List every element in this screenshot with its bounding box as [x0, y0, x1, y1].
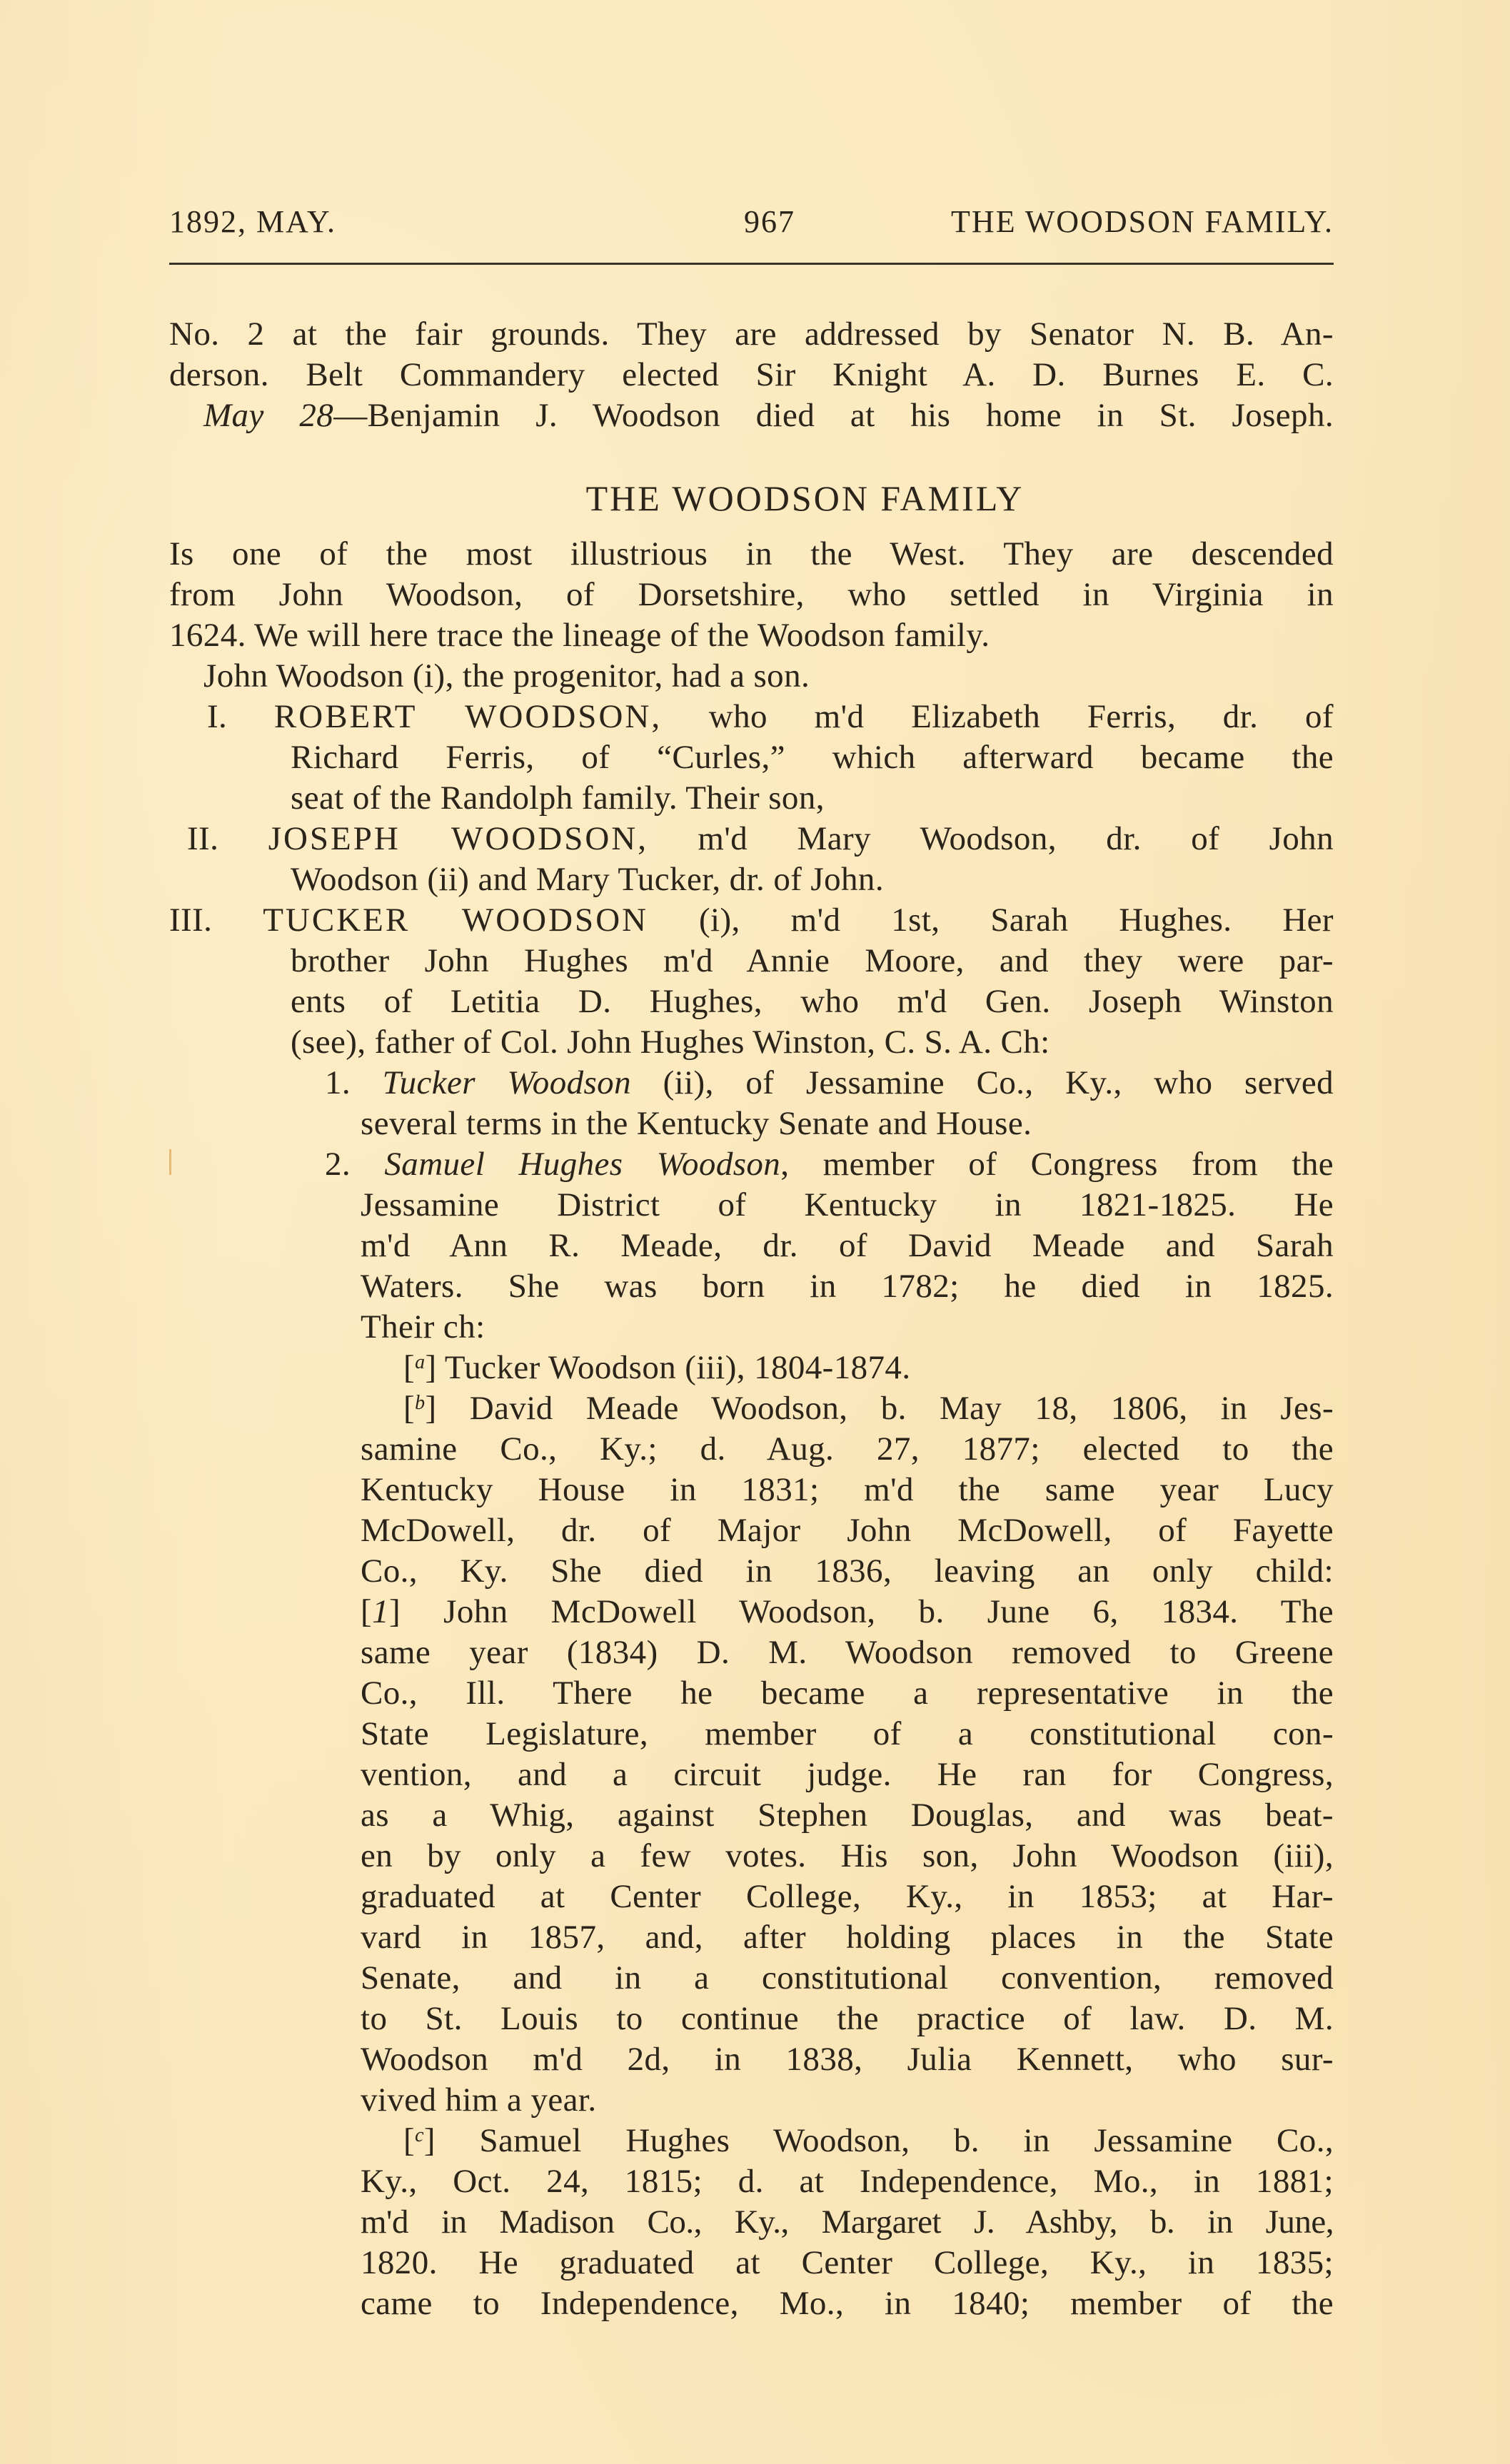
body-line: Kentucky House in 1831; m'd the same yea…	[361, 1470, 1334, 1510]
body-line: State Legislature, member of a constitut…	[361, 1714, 1334, 1754]
body-line: samine Co., Ky.; d. Aug. 27, 1877; elect…	[361, 1429, 1334, 1469]
child-entry-2: 2. Samuel Hughes Woodson, member of Cong…	[325, 1144, 1334, 1184]
generation-entry-3: III. TUCKER WOODSON (i), m'd 1st, Sarah …	[169, 900, 1334, 940]
grandchild-letter: b	[415, 1392, 425, 1414]
generation-entry-1: I. ROBERT WOODSON, who m'd Elizabeth Fer…	[207, 697, 1334, 737]
body-line: came to Independence, Mo., in 1840; memb…	[361, 2283, 1334, 2323]
body-line: as a Whig, against Stephen Douglas, and …	[361, 1795, 1334, 1835]
body-line: Co., Ky. She died in 1836, leaving an on…	[361, 1551, 1334, 1591]
child-name: Tucker Woodson	[383, 1064, 631, 1101]
body-line: vention, and a circuit judge. He ran for…	[361, 1754, 1334, 1794]
body-line: No. 2 at the fair grounds. They are addr…	[169, 314, 1334, 354]
body-line: John Woodson (i), the progenitor, had a …	[203, 656, 810, 696]
body-line: ents of Letitia D. Hughes, who m'd Gen. …	[291, 981, 1334, 1021]
generation-name: TUCKER WOODSON	[263, 902, 648, 939]
scanned-book-page: 1892, MAY. 967 THE WOODSON FAMILY. No. 2…	[0, 0, 1510, 2464]
body-line: 1820. He graduated at Center College, Ky…	[361, 2243, 1334, 2283]
body-line: from John Woodson, of Dorsetshire, who s…	[169, 575, 1334, 615]
generation-numeral: III.	[169, 902, 212, 939]
body-line: several terms in the Kentucky Senate and…	[361, 1104, 1032, 1143]
entry-date: May 28	[203, 397, 333, 434]
generation-numeral: I.	[207, 698, 227, 735]
body-line: same year (1834) D. M. Woodson removed t…	[361, 1632, 1334, 1672]
body-line: seat of the Randolph family. Their son,	[291, 778, 825, 818]
grandchild-entry-b: [b] David Meade Woodson, b. May 18, 1806…	[403, 1388, 1334, 1428]
child-number: 1.	[325, 1064, 351, 1101]
body-line: brother John Hughes m'd Annie Moore, and…	[291, 941, 1334, 981]
running-head: 1892, MAY. 967 THE WOODSON FAMILY.	[169, 203, 1334, 246]
grandchild-entry-c: [c] Samuel Hughes Woodson, b. in Jessami…	[403, 2121, 1334, 2161]
grandchild-letter: c	[415, 2124, 424, 2146]
body-line: en by only a few votes. His son, John Wo…	[361, 1836, 1334, 1876]
entry-text: —Benjamin J. Woodson died at his home in…	[333, 397, 1334, 434]
body-line: m'd in Madison Co., Ky., Margaret J. Ash…	[361, 2202, 1334, 2242]
body-line: Woodson (ii) and Mary Tucker, dr. of Joh…	[291, 859, 884, 899]
body-line: Richard Ferris, of “Curles,” which after…	[291, 737, 1334, 777]
margin-stain	[169, 1149, 171, 1175]
body-line: to St. Louis to continue the practice of…	[361, 1999, 1334, 2039]
body-line: 1624. We will here trace the lineage of …	[169, 615, 990, 655]
child-entry-1: 1. Tucker Woodson (ii), of Jessamine Co.…	[325, 1063, 1334, 1103]
body-line: vived him a year.	[361, 2080, 596, 2120]
body-line: (see), father of Col. John Hughes Winsto…	[291, 1022, 1334, 1062]
body-line: vard in 1857, and, after holding places …	[361, 1917, 1334, 1957]
great-grandchild-number: 1	[372, 1593, 389, 1630]
grandchild-entry-a: [a] Tucker Woodson (iii), 1804-1874.	[403, 1348, 910, 1388]
section-title: THE WOODSON FAMILY	[0, 477, 1510, 520]
great-grandchild-entry-1: [1] John McDowell Woodson, b. June 6, 18…	[361, 1592, 1334, 1632]
page-number: 967	[744, 203, 795, 240]
child-name: Samuel Hughes Woodson	[384, 1146, 780, 1183]
body-line: Co., Ill. There he became a representati…	[361, 1673, 1334, 1713]
grandchild-letter: a	[415, 1351, 425, 1373]
running-head-date: 1892, MAY.	[169, 203, 336, 240]
generation-name: JOSEPH WOODSON,	[268, 820, 648, 857]
generation-entry-2: II. JOSEPH WOODSON, m'd Mary Woodson, dr…	[187, 819, 1334, 859]
body-line: Woodson m'd 2d, in 1838, Julia Kennett, …	[361, 2039, 1334, 2079]
body-line: McDowell, dr. of Major John McDowell, of…	[361, 1510, 1334, 1550]
body-line: m'd Ann R. Meade, dr. of David Meade and…	[361, 1226, 1334, 1266]
body-line: Jessamine District of Kentucky in 1821-1…	[361, 1185, 1334, 1225]
header-rule	[169, 263, 1334, 265]
body-line: graduated at Center College, Ky., in 185…	[361, 1877, 1334, 1917]
generation-name: ROBERT WOODSON,	[274, 698, 662, 735]
running-head-title: THE WOODSON FAMILY.	[951, 203, 1334, 240]
body-line: Ky., Oct. 24, 1815; d. at Independence, …	[361, 2161, 1334, 2201]
body-line: Is one of the most illustrious in the We…	[169, 534, 1334, 574]
body-line: Senate, and in a constitutional conventi…	[361, 1958, 1334, 1998]
child-number: 2.	[325, 1146, 351, 1183]
body-line: Their ch:	[361, 1307, 485, 1347]
body-line: Waters. She was born in 1782; he died in…	[361, 1266, 1334, 1306]
dated-entry: May 28—Benjamin J. Woodson died at his h…	[203, 395, 1334, 435]
body-line: derson. Belt Commandery elected Sir Knig…	[169, 355, 1334, 395]
generation-numeral: II.	[187, 820, 218, 857]
